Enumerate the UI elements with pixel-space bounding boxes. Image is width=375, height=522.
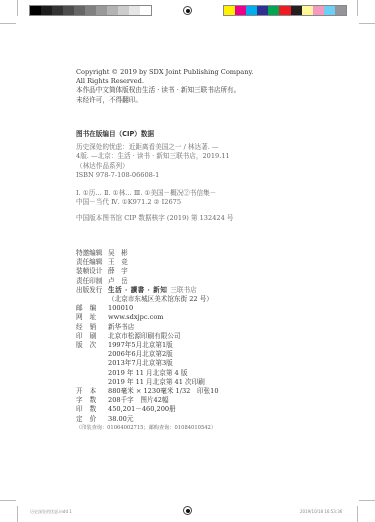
slug-filename: 历史深处的忧虑.indd 1 <box>30 509 72 515</box>
edition: 2013年7月北京第3版 <box>108 359 173 368</box>
credit-value: 卢 岳 <box>108 277 128 286</box>
copyright-line: Copyright © 2019 by SDX Joint Publishing… <box>76 68 253 77</box>
credit-label: 特邀编辑 <box>76 249 108 258</box>
color-swatch <box>268 6 279 15</box>
color-swatch <box>235 6 246 15</box>
edition-row: 2019 年 11 月北京第 4 版 <box>76 369 219 378</box>
spec-label: 印数 <box>76 405 106 414</box>
spec-row: 开本880毫米 × 1230毫米 1/32 印张10 <box>76 387 219 396</box>
spec-row: 印数450,201－460,200册 <box>76 405 219 414</box>
classification-line: Ⅰ. ①历… Ⅱ. ①林… Ⅲ. ①美国－概况②书信集－ <box>76 189 233 198</box>
detail-label: 经销 <box>76 323 106 332</box>
grayscale-calibration-bar <box>29 5 152 16</box>
gray-swatch <box>30 6 41 15</box>
publisher-address-row: （北京市东城区美术馆东街 22 号） <box>76 295 219 304</box>
distributor: 新华书店 <box>108 323 134 332</box>
color-swatch <box>313 6 324 15</box>
gray-swatch <box>52 6 63 15</box>
detail-row: 印刷北京市松源印刷有限公司 <box>76 332 219 341</box>
credit-row: 特邀编辑吴 彬 <box>76 249 219 258</box>
gray-swatch <box>41 6 52 15</box>
edition: 2019 年 11 月北京第 4 版 <box>108 369 187 378</box>
detail-row: 经销新华书店 <box>76 323 219 332</box>
spec-label: 开本 <box>76 387 106 396</box>
spec-row: 定价38.00元 <box>76 415 219 424</box>
imprint-block: 特邀编辑吴 彬 责任编辑王 竞 装帧设计薛 宇 责任印制卢 岳 出版发行 生活 … <box>76 249 219 433</box>
publisher-row: 出版发行 生活 · 讀書 · 新知 三联书店 <box>76 286 219 295</box>
gray-swatch <box>118 6 129 15</box>
cip-line: 4版. —北京：生活 · 读书 · 新知三联书店，2019.11 <box>76 152 233 161</box>
isbn: ISBN 978-7-108-06608-1 <box>76 171 233 180</box>
gray-swatch <box>129 6 140 15</box>
publisher-brand-logo: 生活 · 讀書 · 新知 <box>108 286 167 295</box>
credit-value: 薛 宇 <box>108 267 128 276</box>
detail-label: 印刷 <box>76 332 106 341</box>
detail-label: 网址 <box>76 313 106 322</box>
gray-swatch <box>107 6 118 15</box>
classification-line: 中国－当代 Ⅳ. ①K971.2 ② I2675 <box>76 198 233 207</box>
credit-value: 吴 彬 <box>108 249 128 258</box>
price: 38.00元 <box>108 415 133 424</box>
credit-label: 装帧设计 <box>76 267 108 276</box>
edition-row: 2013年7月北京第3版 <box>76 359 219 368</box>
edition-row: 2019 年 11 月北京第 41 次印刷 <box>76 378 219 387</box>
crop-mark-tl-v <box>17 0 18 16</box>
copyright-block: Copyright © 2019 by SDX Joint Publishing… <box>76 68 253 105</box>
chinese-rights-line: 本作品中文简体版权由生活 · 读书 · 新知三联书店所有。 <box>76 86 253 95</box>
publisher-label: 出版发行 <box>76 286 108 295</box>
gray-swatch <box>96 6 107 15</box>
crop-mark-bl-v <box>17 506 18 522</box>
edition: 1997年5月北京第1版 <box>108 341 173 350</box>
color-swatch <box>291 6 302 15</box>
credit-row: 责任印制卢 岳 <box>76 277 219 286</box>
cip-block: 图书在版编目（CIP）数据 历史深处的忧虑：近距离看美国之一 / 林达著. — … <box>76 130 233 224</box>
color-swatch <box>279 6 290 15</box>
printing: 2019 年 11 月北京第 41 次印刷 <box>108 378 205 387</box>
postcode: 100010 <box>108 304 133 313</box>
registration-mark-icon <box>183 506 192 515</box>
printer: 北京市松源印刷有限公司 <box>108 332 181 341</box>
crop-mark-bl-h <box>0 500 16 501</box>
crop-mark-tr-v <box>357 0 358 16</box>
no-reprint-line: 未经许可，不得翻印。 <box>76 96 253 105</box>
color-calibration-bar <box>223 5 347 16</box>
color-swatch <box>257 6 268 15</box>
cip-line: （林达作品系列） <box>76 162 233 171</box>
gray-swatch <box>85 6 96 15</box>
color-swatch <box>246 6 257 15</box>
contact-info: （印装查询：01064002715；邮购查询：01084010542） <box>76 424 219 433</box>
print-run: 450,201－460,200册 <box>108 405 176 414</box>
crop-mark-tl-h <box>0 23 16 24</box>
credit-label: 责任印制 <box>76 277 108 286</box>
website-link[interactable]: www.sdxjpc.com <box>108 313 164 322</box>
color-swatch <box>302 6 313 15</box>
detail-label: 版次 <box>76 341 106 350</box>
publisher-name: 三联书店 <box>170 286 196 295</box>
format: 880毫米 × 1230毫米 1/32 印张10 <box>108 387 219 396</box>
cip-record-number: 中国版本图书馆 CIP 数据核字 (2019) 第 132424 号 <box>76 214 233 223</box>
gray-swatch <box>140 6 151 15</box>
color-swatch <box>335 6 346 15</box>
gray-swatch <box>63 6 74 15</box>
detail-row: 网址www.sdxjpc.com <box>76 313 219 322</box>
registration-mark-icon <box>183 6 192 15</box>
publisher-address: （北京市东城区美术馆东街 22 号） <box>108 295 213 304</box>
gray-swatch <box>74 6 85 15</box>
color-swatch <box>224 6 235 15</box>
crop-mark-br-v <box>357 506 358 522</box>
spec-label: 定价 <box>76 415 106 424</box>
slug-timestamp: 2019/10/18 16:53:36 <box>300 509 342 514</box>
crop-mark-br-h <box>359 500 375 501</box>
crop-mark-tr-h <box>359 23 375 24</box>
color-swatch <box>324 6 335 15</box>
detail-row: 版次1997年5月北京第1版 <box>76 341 219 350</box>
credit-row: 装帧设计薛 宇 <box>76 267 219 276</box>
cip-heading: 图书在版编目（CIP）数据 <box>76 130 233 139</box>
